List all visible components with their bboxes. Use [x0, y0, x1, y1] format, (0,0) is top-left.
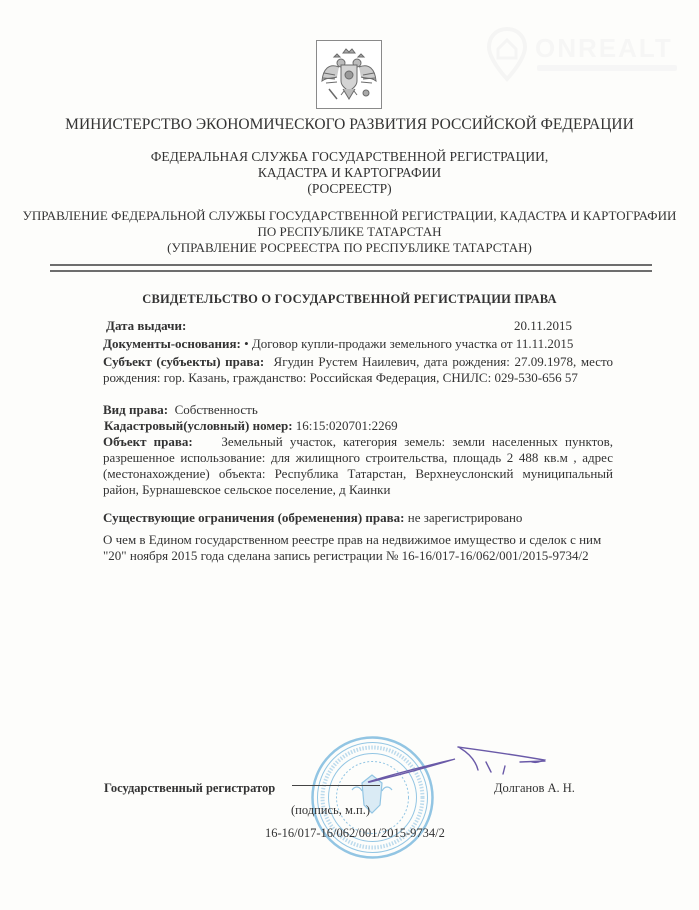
service-heading-line: ФЕДЕРАЛЬНАЯ СЛУЖБА ГОСУДАРСТВЕННОЙ РЕГИС… [0, 149, 699, 165]
header-divider-bottom [50, 270, 652, 272]
object-row: Объект права: Земельный участок, категор… [103, 434, 613, 498]
issue-date-row: Дата выдачи: 20.11.2015 [106, 318, 572, 334]
cadastral-number-row: Кадастровый(условный) номер: 16:15:02070… [104, 418, 614, 434]
registration-number: 16-16/017-16/062/001/2015-9734/2 [265, 826, 445, 841]
ministry-heading: МИНИСТЕРСТВО ЭКОНОМИЧЕСКОГО РАЗВИТИЯ РОС… [0, 117, 699, 133]
right-type-value: Собственность [175, 402, 258, 417]
office-heading: УПРАВЛЕНИЕ ФЕДЕРАЛЬНОЙ СЛУЖБЫ ГОСУДАРСТВ… [0, 208, 699, 256]
cadastral-number-value: 16:15:020701:2269 [296, 418, 398, 433]
right-type-label: Вид права: [103, 402, 168, 417]
registrar-label: Государственный регистратор [104, 781, 275, 796]
onrealt-watermark: ONREALT [485, 27, 685, 87]
encumbrances-label: Существующие ограничения (обременения) п… [103, 510, 404, 525]
service-heading-line: КАДАСТРА И КАРТОГРАФИИ [0, 165, 699, 181]
subject-row: Субъект (субъекты) права: Ягудин Рустем … [103, 354, 613, 386]
basis-documents-row: Документы-основания: • Договор купли-про… [103, 336, 613, 352]
cadastral-number-label: Кадастровый(условный) номер: [104, 418, 293, 433]
subject-label: Субъект (субъекты) права: [103, 354, 264, 369]
right-type-row: Вид права: Собственность [103, 402, 613, 418]
service-heading-line: (РОСРЕЕСТР) [0, 181, 699, 197]
issue-date-label: Дата выдачи: [106, 318, 186, 333]
signature-caption: (подпись, м.п.) [291, 803, 370, 818]
service-heading: ФЕДЕРАЛЬНАЯ СЛУЖБА ГОСУДАРСТВЕННОЙ РЕГИС… [0, 149, 699, 197]
watermark-text: ONREALT [535, 33, 673, 64]
basis-documents-value: • Договор купли-продажи земельного участ… [244, 336, 573, 351]
issue-date-value: 20.11.2015 [514, 318, 572, 334]
registrar-name: Долганов А. Н. [494, 781, 575, 796]
office-heading-line: (УПРАВЛЕНИЕ РОСРЕЕСТРА ПО РЕСПУБЛИКЕ ТАТ… [0, 240, 699, 256]
signature-line [292, 785, 380, 786]
header-divider-top [50, 264, 652, 266]
russian-coat-of-arms-icon [316, 40, 382, 109]
watermark-subtitle [537, 65, 677, 71]
object-label: Объект права: [103, 434, 193, 449]
encumbrances-row: Существующие ограничения (обременения) п… [103, 510, 613, 526]
registry-record: О чем в Едином государственном реестре п… [103, 532, 613, 564]
location-pin-house-icon [487, 27, 527, 83]
office-heading-line: УПРАВЛЕНИЕ ФЕДЕРАЛЬНОЙ СЛУЖБЫ ГОСУДАРСТВ… [0, 208, 699, 224]
certificate-title: СВИДЕТЕЛЬСТВО О ГОСУДАРСТВЕННОЙ РЕГИСТРА… [0, 292, 699, 307]
basis-documents-label: Документы-основания: [103, 336, 241, 351]
office-heading-line: ПО РЕСПУБЛИКЕ ТАТАРСТАН [0, 224, 699, 240]
encumbrances-value: не зарегистрировано [408, 510, 523, 525]
